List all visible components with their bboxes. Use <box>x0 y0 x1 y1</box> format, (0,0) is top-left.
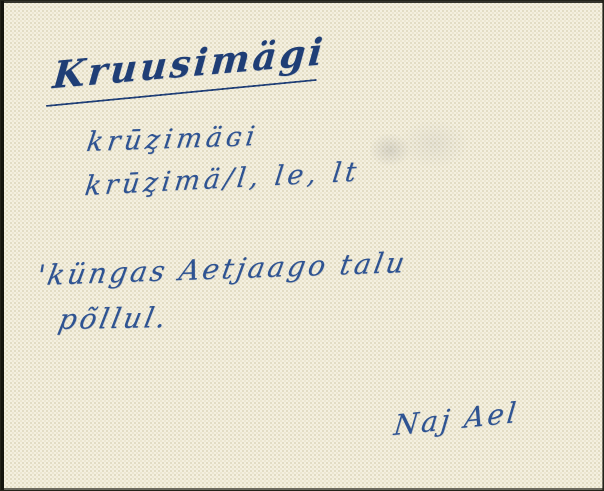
phonetic-transcription-line-2: krūz̧imä/l, le, lt <box>83 156 362 202</box>
scanned-card: Kruusimägi krūz̧imäɢi krūz̧imä/l, le, lt… <box>0 0 604 491</box>
location-note-line-2: põllul. <box>56 301 172 336</box>
location-note-line-1: 'küngas Aetjaago talu <box>34 246 410 292</box>
phonetic-transcription-line-1: krūz̧imäɢi <box>85 121 261 158</box>
paper-stain <box>399 119 469 169</box>
signature-handwriting: Naj Ael <box>392 396 520 443</box>
card-title-handwriting: Kruusimägi <box>51 29 327 97</box>
